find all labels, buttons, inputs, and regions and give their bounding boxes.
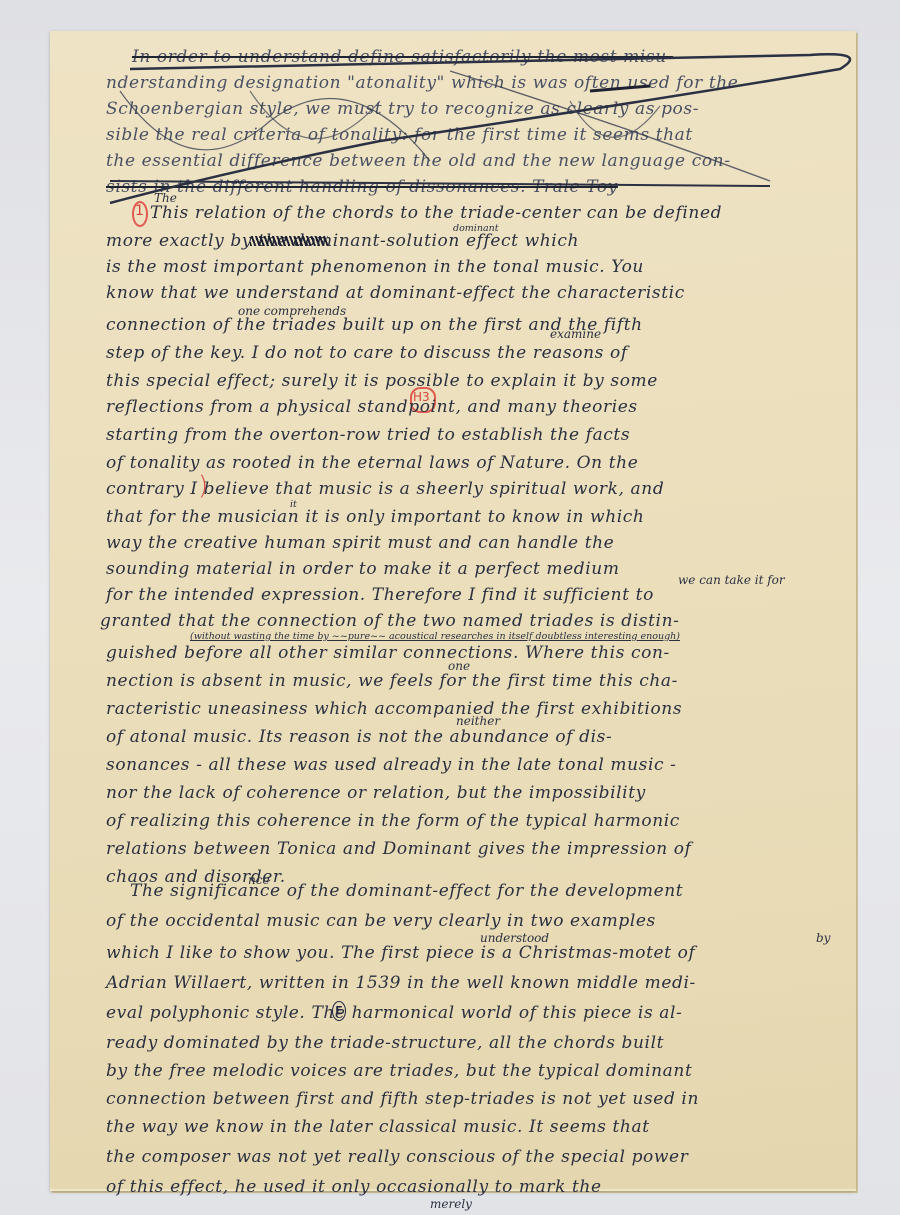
text-line: sounding material in order to make it a … bbox=[106, 559, 620, 579]
text-line: step of the key. I do not to care to dis… bbox=[106, 343, 628, 363]
text-line: more exactly by the dominant-solution ef… bbox=[106, 231, 579, 251]
text-line: for the intended expression. Therefore I… bbox=[106, 585, 654, 605]
insert-merely: merely bbox=[430, 1197, 472, 1211]
text-line: which I like to show you. The first piec… bbox=[106, 943, 695, 963]
struck-line: sists in the different handling of disso… bbox=[106, 177, 618, 197]
struck-line: In order to understand define satisfacto… bbox=[132, 47, 673, 67]
text-line: of tonality as rooted in the eternal law… bbox=[106, 453, 638, 473]
insert-by: by bbox=[816, 931, 830, 945]
insert-without-wasting: (without wasting the time by ~~pure~~ ac… bbox=[190, 631, 680, 642]
insert-examine: examine bbox=[550, 327, 601, 341]
struck-line: nderstanding designation "atonality" whi… bbox=[106, 73, 738, 93]
text-line: ready dominated by the triade-structure,… bbox=[106, 1033, 664, 1053]
text-line: know that we understand at dominant-effe… bbox=[106, 283, 685, 303]
text-line: this special effect; surely it is possib… bbox=[106, 371, 658, 391]
manuscript-page: In order to understand define satisfacto… bbox=[50, 31, 856, 1191]
text-line: way the creative human spirit must and c… bbox=[106, 533, 614, 553]
text-line: guished before all other similar connect… bbox=[106, 643, 670, 663]
text-line: that for the musician it is only importa… bbox=[106, 507, 644, 527]
text-line: contrary I believe that music is a sheer… bbox=[106, 479, 664, 499]
insert-we-can-take-it-for: we can take it for bbox=[678, 573, 785, 587]
text-line: The significance of the dominant-effect … bbox=[130, 881, 683, 901]
struck-line: Schoenbergian style, we must try to reco… bbox=[106, 99, 699, 119]
text-line: of realizing this coherence in the form … bbox=[106, 811, 680, 831]
text-line: by the free melodic voices are triades, … bbox=[106, 1061, 692, 1081]
text-line: the way we know in the later classical m… bbox=[106, 1117, 650, 1137]
section-marker-1: 1 bbox=[135, 203, 144, 219]
text-line: connection between first and fifth step-… bbox=[106, 1089, 699, 1109]
text-line: Adrian Willaert, written in 1539 in the … bbox=[106, 973, 696, 993]
text-line: eval polyphonic style. The harmonical wo… bbox=[106, 1003, 682, 1023]
text-line: is the most important phenomenon in the … bbox=[106, 257, 644, 277]
insert-neither: neither bbox=[456, 714, 500, 728]
struck-line: the essential difference between the old… bbox=[106, 151, 731, 171]
text-line: of this effect, he used it only occasion… bbox=[106, 1177, 602, 1197]
text-line: nection is absent in music, we feels for… bbox=[106, 671, 678, 691]
text-line: the composer was not yet really consciou… bbox=[106, 1147, 688, 1167]
text-line: reflections from a physical standpoint, … bbox=[106, 397, 638, 417]
text-line: nor the lack of coherence or relation, b… bbox=[106, 783, 646, 803]
text-line: relations between Tonica and Dominant gi… bbox=[106, 839, 691, 859]
scribble-cross-out bbox=[250, 236, 328, 246]
text-line: sonances - all these was used already in… bbox=[106, 755, 677, 775]
struck-line: sible the real criteria of tonality: for… bbox=[106, 125, 693, 145]
text-line: of the occidental music can be very clea… bbox=[106, 911, 656, 931]
text-line: This relation of the chords to the triad… bbox=[150, 203, 722, 223]
text-line: of atonal music. Its reason is not the a… bbox=[106, 727, 612, 747]
text-line: granted that the connection of the two n… bbox=[100, 611, 679, 631]
text-line: racteristic uneasiness which accompanied… bbox=[106, 699, 682, 719]
text-line: starting from the overton-row tried to e… bbox=[106, 425, 630, 445]
